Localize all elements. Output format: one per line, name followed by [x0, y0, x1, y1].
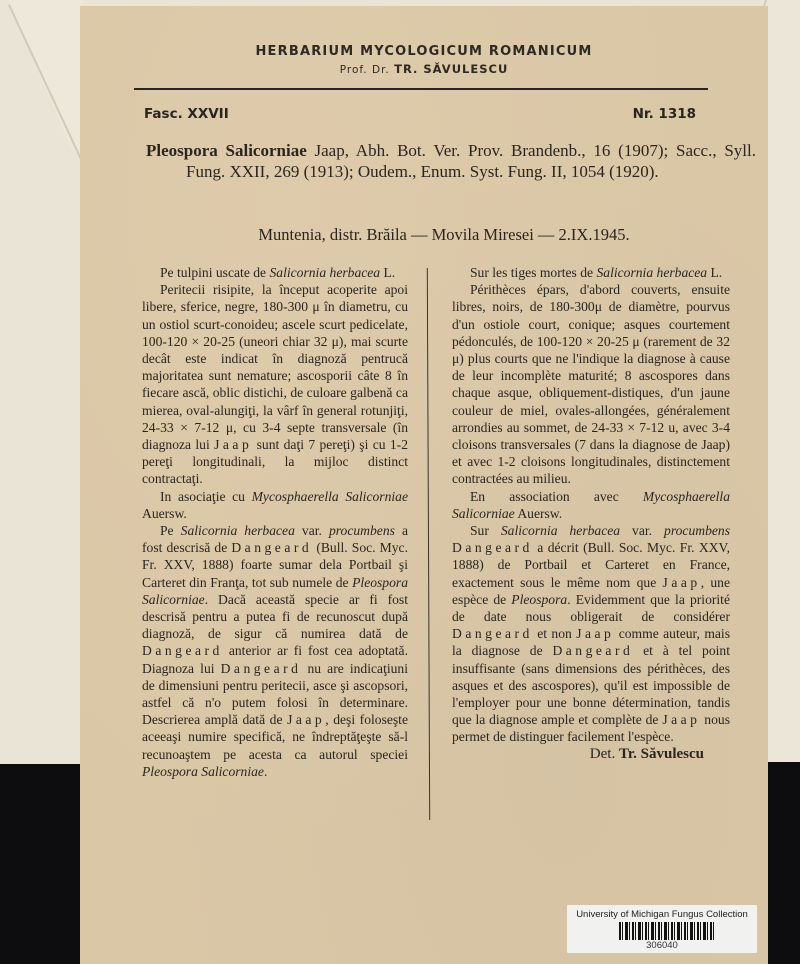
ro-host: Pe tulpini uscate de Salicornia herbacea…	[142, 264, 408, 281]
french-description: Sur les tiges mortes de Salicornia herba…	[452, 264, 730, 763]
background-dark	[0, 764, 86, 964]
collection-name: University of Michigan Fungus Collection	[567, 909, 757, 920]
ro-morphology: Peritecii risipite, la început acoperite…	[142, 281, 408, 487]
specimen-number: Nr. 1318	[633, 106, 696, 122]
herbarium-title: HERBARIUM MYCOLOGICUM ROMANICUM	[80, 44, 768, 59]
collection-locality: Muntenia, distr. Brăila — Movila Miresei…	[80, 225, 768, 245]
director-name: TR. SĂVULESCU	[394, 62, 508, 76]
taxon-citation: Pleospora Salicorniae Jaap, Abh. Bot. Ve…	[146, 140, 756, 182]
fr-association: En association avec Mycosphaerella Salic…	[452, 488, 730, 522]
romanian-description: Pe tulpini uscate de Salicornia herbacea…	[142, 264, 408, 780]
barcode-icon	[619, 922, 715, 940]
background-dark	[768, 762, 800, 964]
director-prefix: Prof. Dr.	[340, 64, 390, 76]
column-divider	[427, 268, 431, 820]
header-rule	[134, 88, 708, 90]
ro-taxonomic-note: Pe Salicornia herbacea var. procumbens a…	[142, 522, 408, 780]
fr-host: Sur les tiges mortes de Salicornia herba…	[452, 264, 730, 281]
fascicle-number: Fasc. XXVII	[144, 106, 229, 122]
herbarium-director: Prof. Dr. TR. SĂVULESCU	[80, 62, 768, 76]
barcode-sticker: University of Michigan Fungus Collection…	[567, 905, 757, 953]
herbarium-label-sheet: HERBARIUM MYCOLOGICUM ROMANICUM Prof. Dr…	[80, 6, 768, 964]
fr-taxonomic-note: Sur Salicornia herbacea var. procumbens …	[452, 522, 730, 746]
ro-association: In asociaţie cu Mycosphaerella Salicorni…	[142, 488, 408, 522]
species-name: Pleospora Salicorniae	[146, 141, 307, 160]
accession-number: 306040	[567, 940, 757, 951]
determiner: Det. Tr. Săvulescu	[452, 746, 730, 763]
fr-morphology: Périthèces épars, d'abord couverts, ensu…	[452, 281, 730, 487]
